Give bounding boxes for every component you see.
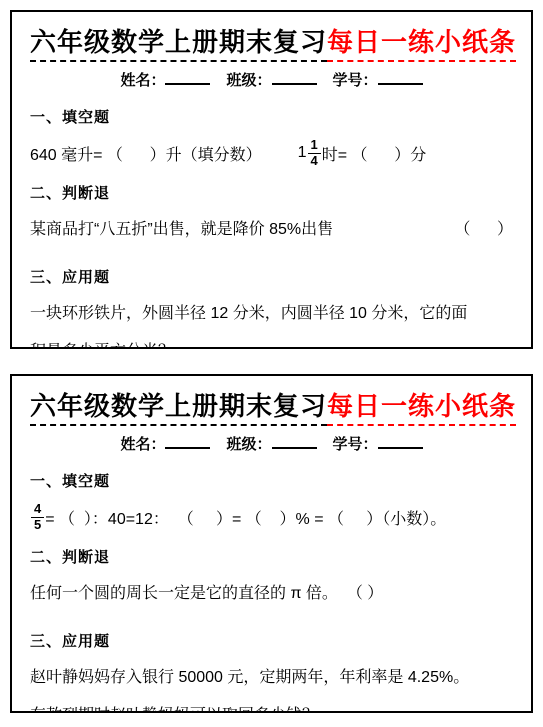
text-segment: 时= （ ）分 xyxy=(322,142,426,165)
name-label: 姓名： xyxy=(120,436,165,453)
name-blank xyxy=(165,434,210,449)
section-heading-judge: 二、判断退 xyxy=(30,182,513,203)
section-heading-judge: 二、判断退 xyxy=(30,546,513,567)
fraction: 14 xyxy=(308,138,321,169)
class-label: 班级： xyxy=(226,72,271,89)
question-line: 45= （ ）：40=12： （ ）= （ ）% = （ ）（小数）。 xyxy=(30,495,513,539)
text-segment: 一块环形铁片，外圆半径 12 分米，内圆半径 10 分米，它的面 xyxy=(30,300,467,323)
student-id-label: 学号： xyxy=(333,436,378,453)
fraction: 45 xyxy=(31,502,44,533)
section-heading-apply: 三、应用题 xyxy=(30,630,513,651)
worksheet-title: 六年级数学上册期末复习每日一练小纸条 xyxy=(30,386,513,423)
section-heading-apply: 三、应用题 xyxy=(30,266,513,287)
student-id-label: 学号： xyxy=(333,72,378,89)
question-line: 640 毫升= （ ）升（填分数）114时= （ ）分 xyxy=(30,131,513,175)
class-blank xyxy=(272,70,317,85)
text-segment: 1 xyxy=(298,144,307,162)
text-segment: 640 毫升= （ ）升（填分数） xyxy=(30,142,262,165)
text-segment: 存款到期时赵叶静妈妈可以取回多少钱？ xyxy=(30,702,318,714)
question-line: 任何一个圆的周长一定是它的直径的 π 倍。 （ ） xyxy=(30,579,513,603)
question-line: 某商品打“八五折”出售，就是降价 85%出售（ ） xyxy=(30,215,513,239)
worksheet-page: { "page": { "background": "#ffffff", "te… xyxy=(0,0,543,727)
text-segment: 任何一个圆的周长一定是它的直径的 π 倍。 （ ） xyxy=(30,580,383,603)
worksheet-title: 六年级数学上册期末复习每日一练小纸条 xyxy=(30,22,513,59)
class-blank xyxy=(272,434,317,449)
text-segment: （ ） xyxy=(454,216,513,239)
question-line: 存款到期时赵叶静妈妈可以取回多少钱？ xyxy=(30,701,513,713)
section-heading-fill: 一、填空题 xyxy=(30,106,513,127)
section-heading-fill: 一、填空题 xyxy=(30,470,513,491)
student-id-blank xyxy=(378,434,423,449)
title-black-part: 六年级数学上册期末复习 xyxy=(30,391,327,426)
text-segment: 赵叶静妈妈存入银行 50000 元，定期两年，年利率是 4.25%。 xyxy=(30,664,469,687)
question-line: 赵叶静妈妈存入银行 50000 元，定期两年，年利率是 4.25%。 xyxy=(30,663,513,687)
title-red-part: 每日一练小纸条 xyxy=(327,391,516,426)
text-segment: 某商品打“八五折”出售，就是降价 85%出售 xyxy=(30,216,333,239)
worksheet-card-2: 六年级数学上册期末复习每日一练小纸条 姓名：班级：学号： 一、填空题 45= （… xyxy=(10,374,533,713)
question-line: 积是多少平方分米？ xyxy=(30,337,513,349)
title-red-part: 每日一练小纸条 xyxy=(327,27,516,62)
class-label: 班级： xyxy=(226,436,271,453)
text-segment: = （ ）：40=12： （ ）= （ ）% = （ ）（小数）。 xyxy=(45,506,446,529)
worksheet-card-1: 六年级数学上册期末复习每日一练小纸条 姓名：班级：学号： 一、填空题 640 毫… xyxy=(10,10,533,349)
student-info-row: 姓名：班级：学号： xyxy=(30,433,513,454)
student-info-row: 姓名：班级：学号： xyxy=(30,69,513,90)
name-blank xyxy=(165,70,210,85)
student-id-blank xyxy=(378,70,423,85)
text-segment: 积是多少平方分米？ xyxy=(30,338,174,350)
title-black-part: 六年级数学上册期末复习 xyxy=(30,27,327,62)
question-line: 一块环形铁片，外圆半径 12 分米，内圆半径 10 分米，它的面 xyxy=(30,299,513,323)
name-label: 姓名： xyxy=(120,72,165,89)
